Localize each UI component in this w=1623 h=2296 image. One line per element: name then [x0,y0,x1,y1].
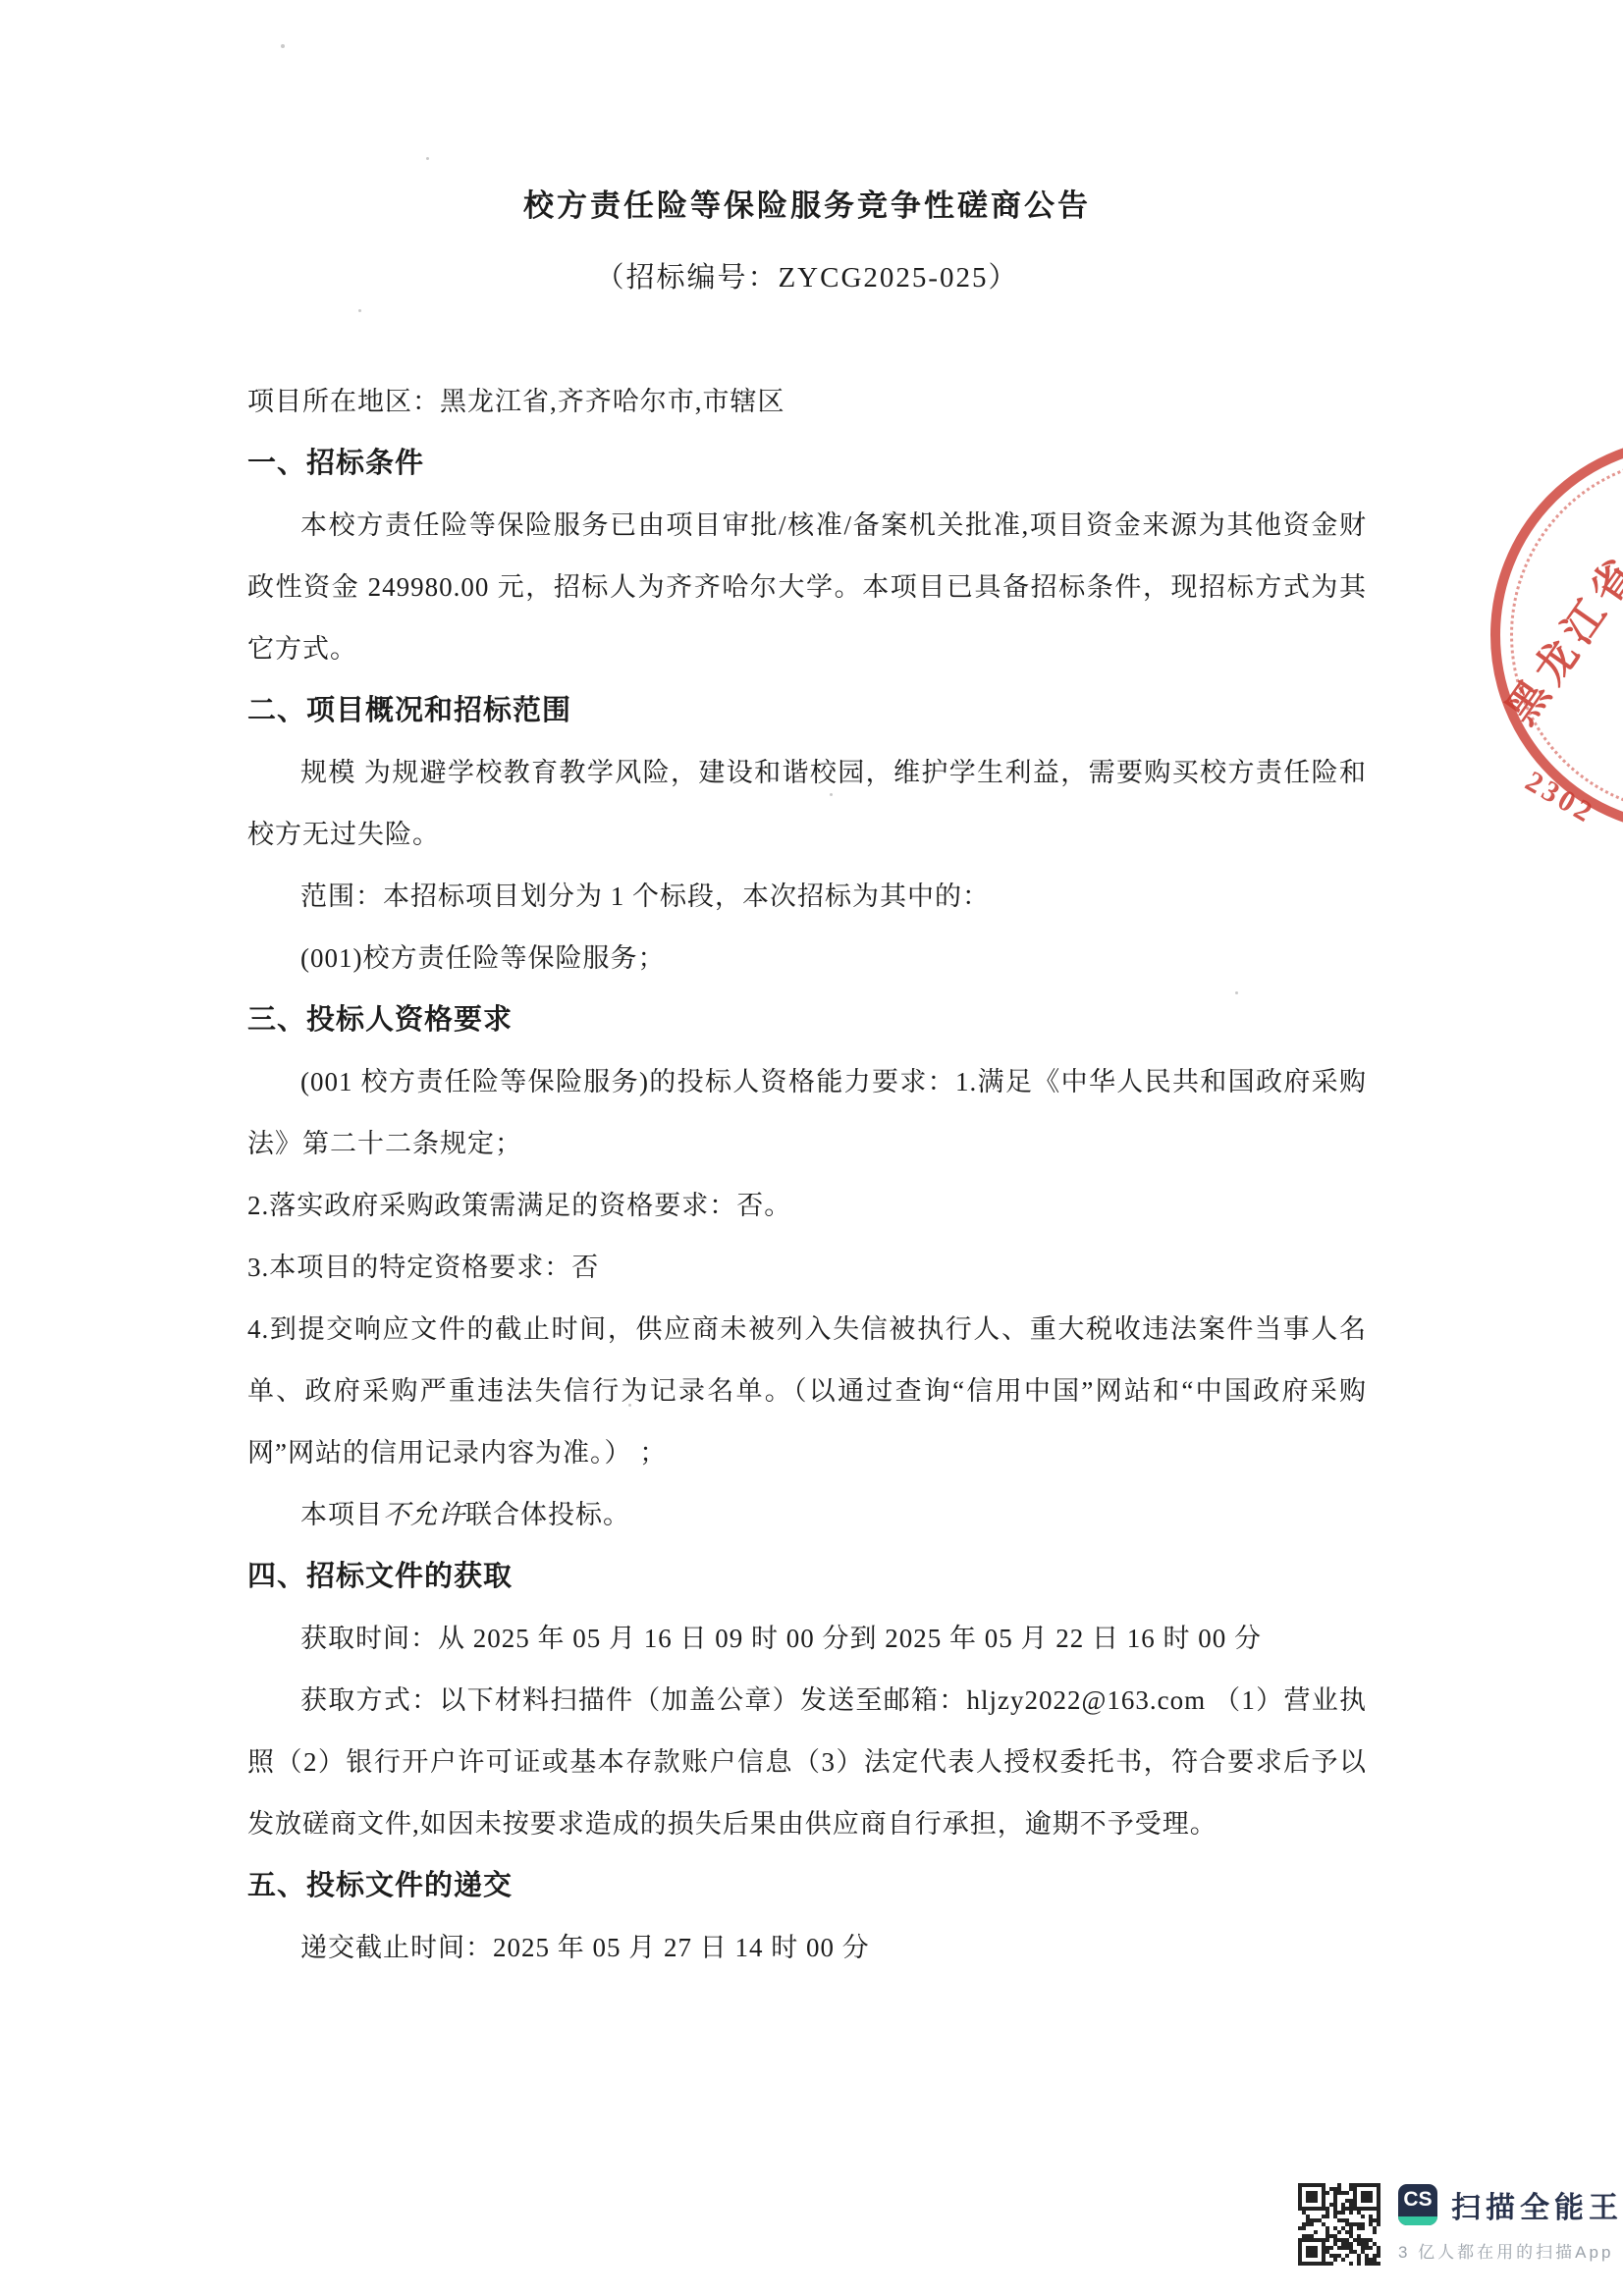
project-location-line: 项目所在地区：黑龙江省,齐齐哈尔市,市辖区 [247,371,1367,433]
joint-venture-prefix: 本项目 [300,1500,383,1529]
official-red-seal: 黑龙江省 2302 [1490,437,1623,833]
paragraph-qualification-1: (001 校方责任险等保险服务)的投标人资格能力要求：1.满足《中华人民共和国政… [247,1051,1367,1175]
app-name: 扫描全能王 [1451,2183,1623,2226]
paragraph-tender-conditions: 本校方责任险等保险服务已由项目审批/核准/备案机关批准,项目资金来源为其他资金财… [247,495,1367,680]
joint-venture-emphasis: 不允许 [383,1500,465,1529]
paragraph-obtain-method: 获取方式：以下材料扫描件（加盖公章）发送至邮箱：hljzy2022@163.co… [247,1670,1367,1855]
section-heading-3: 三、投标人资格要求 [247,989,1367,1051]
document-header: 校方责任险等保险服务竞争性磋商公告 （招标编号：ZYCG2025-025） [247,185,1367,295]
paragraph-qualification-2: 2.落实政府采购政策需满足的资格要求：否。 [247,1175,1367,1237]
paragraph-lot-001: (001)校方责任险等保险服务； [247,928,1367,989]
paragraph-qualification-3: 3.本项目的特定资格要求：否 [247,1237,1367,1299]
section-heading-5: 五、投标文件的递交 [247,1855,1367,1917]
paragraph-project-scale: 规模 为规避学校教育教学风险，建设和谐校园，维护学生利益，需要购买校方责任险和校… [247,742,1367,866]
scan-speck [358,309,361,312]
paragraph-qualification-4: 4.到提交响应文件的截止时间，供应商未被列入失信被执行人、重大税收违法案件当事人… [247,1299,1367,1484]
paragraph-obtain-time: 获取时间：从 2025 年 05 月 16 日 09 时 00 分到 2025 … [247,1608,1367,1670]
scan-speck [1235,991,1238,994]
scan-speck [628,1404,631,1407]
app-tagline: 3 亿人都在用的扫描App [1398,2238,1623,2263]
camscanner-watermark: CS 扫描全能王 3 亿人都在用的扫描App [1298,2183,1623,2266]
paragraph-submission-deadline: 递交截止时间：2025 年 05 月 27 日 14 时 00 分 [247,1917,1367,1979]
section-heading-2: 二、项目概况和招标范围 [247,680,1367,742]
tender-number: （招标编号：ZYCG2025-025） [247,255,1367,295]
section-heading-4: 四、招标文件的获取 [247,1546,1367,1608]
scan-speck [426,157,429,160]
cs-logo-letters: CS [1398,2188,1437,2212]
paragraph-project-scope: 范围：本招标项目划分为 1 个标段，本次招标为其中的： [247,866,1367,928]
scanned-document-page: 校方责任险等保险服务竞争性磋商公告 （招标编号：ZYCG2025-025） 项目… [0,0,1623,2296]
joint-venture-suffix: 联合体投标。 [465,1500,630,1529]
cs-logo-icon: CS [1398,2184,1437,2225]
qr-code [1298,2183,1380,2266]
section-heading-1: 一、招标条件 [247,433,1367,495]
scan-speck [830,793,833,796]
camscanner-branding: CS 扫描全能王 3 亿人都在用的扫描App [1398,2183,1623,2263]
cs-logo-teal-strip [1398,2216,1437,2225]
page-title: 校方责任险等保险服务竞争性磋商公告 [247,185,1367,228]
scan-speck [281,44,285,48]
document-body: 项目所在地区：黑龙江省,齐齐哈尔市,市辖区 一、招标条件 本校方责任险等保险服务… [247,371,1367,1979]
paragraph-joint-venture: 本项目不允许联合体投标。 [247,1484,1367,1546]
